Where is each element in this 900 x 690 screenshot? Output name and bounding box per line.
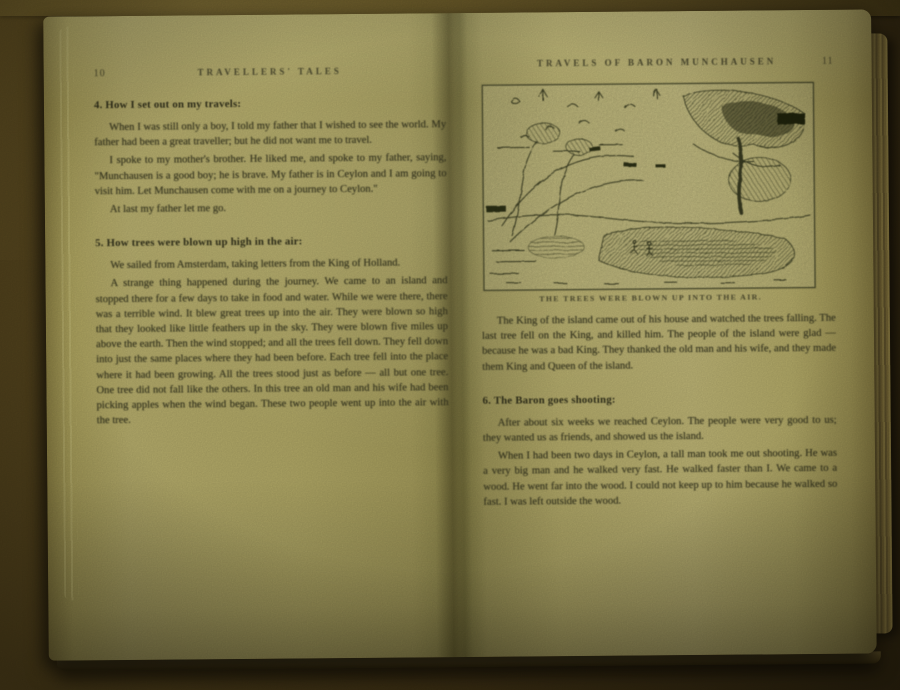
book-spread: 10 TRAVELLERS' TALES 4. How I set out on… [43, 9, 877, 660]
paragraph: A strange thing happened during the jour… [95, 274, 448, 429]
left-page-header: 10 TRAVELLERS' TALES [94, 65, 446, 79]
section-heading-6: 6. The Baron goes shooting: [482, 392, 836, 407]
paragraph: At last my father let me go. [95, 199, 447, 217]
section-heading-5: 5. How trees were blown up high in the a… [95, 234, 447, 249]
engraving-drawing [483, 83, 815, 290]
page-number-left: 10 [94, 68, 120, 79]
section-heading-4: 4. How I set out on my travels: [94, 96, 446, 111]
right-page: TRAVELS OF BARON MUNCHAUSEN 11 [480, 56, 839, 649]
paragraph: When I had been two days in Ceylon, a ta… [483, 446, 838, 510]
paragraph: After about six weeks we reached Ceylon.… [483, 413, 837, 446]
page-number-right: 11 [808, 56, 834, 67]
paragraph: When I was still only a boy, I told my f… [94, 117, 446, 150]
paragraph: The King of the island came out of his h… [482, 311, 837, 375]
illustration-plate: THE TREES WERE BLOWN UP INTO THE AIR. [482, 82, 818, 304]
left-page: 10 TRAVELLERS' TALES 4. How I set out on… [94, 65, 451, 654]
engraving-illustration [482, 82, 816, 291]
running-head-right: TRAVELS OF BARON MUNCHAUSEN [506, 56, 808, 69]
photo-scene: 10 TRAVELLERS' TALES 4. How I set out on… [0, 0, 900, 690]
illustration-caption: THE TREES WERE BLOWN UP INTO THE AIR. [484, 292, 818, 304]
running-head-left: TRAVELLERS' TALES [120, 65, 420, 78]
page-curl-left [59, 26, 78, 600]
paragraph: I spoke to my mother's brother. He liked… [94, 151, 446, 200]
paragraph: We sailed from Amsterdam, taking letters… [95, 255, 447, 273]
right-page-header: TRAVELS OF BARON MUNCHAUSEN 11 [480, 56, 834, 70]
open-book: 10 TRAVELLERS' TALES 4. How I set out on… [43, 9, 891, 666]
